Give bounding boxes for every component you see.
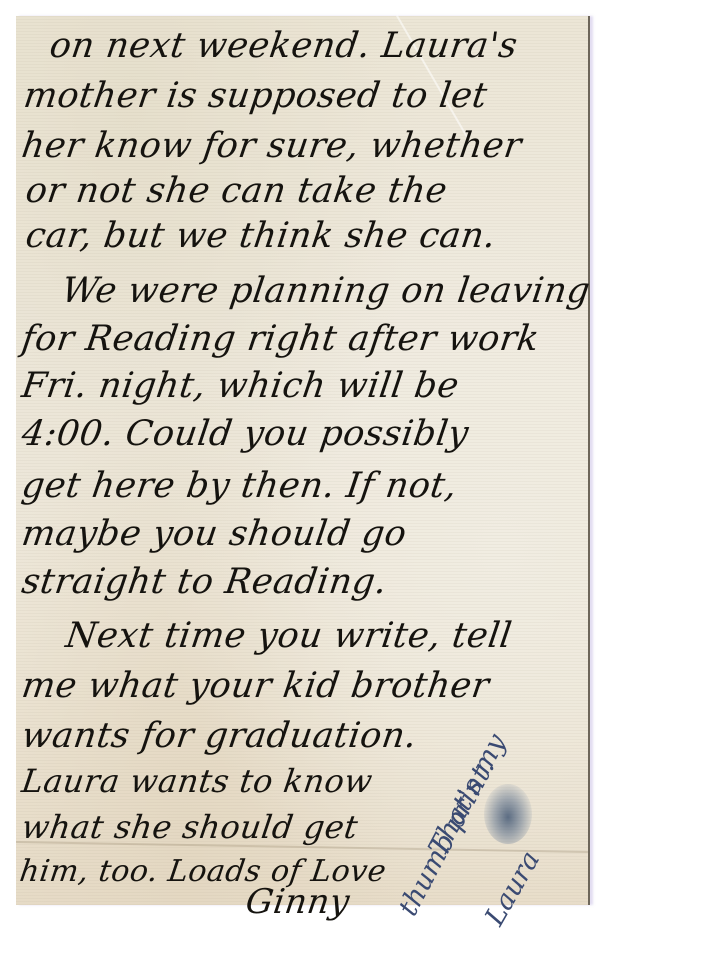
letter-line-1: on next weekend. Laura's xyxy=(47,26,520,66)
signature-ginny: Ginny xyxy=(243,882,352,922)
letter-line-7: for Reading right after work xyxy=(19,319,542,359)
letter-line-16: Laura wants to know xyxy=(19,762,375,800)
letter-line-4: or not she can take the xyxy=(23,171,450,211)
letter-line-10: get here by then. If not, xyxy=(19,466,459,506)
letter-line-11: maybe you should go xyxy=(19,514,409,554)
letter-line-8: Fri. night, which will be xyxy=(19,366,461,406)
letter-line-13: Next time you write, tell xyxy=(63,616,514,656)
letter-line-14: me what your kid brother xyxy=(19,666,492,706)
letter-line-2: mother is supposed to let xyxy=(21,76,490,116)
letter-line-6: We were planning on leaving xyxy=(59,271,593,311)
letter-line-17: what she should get xyxy=(19,808,360,846)
letter-line-15: wants for graduation. xyxy=(19,716,419,756)
letter-page: on next weekend. Laura's mother is suppo… xyxy=(16,16,590,905)
letter-line-12: straight to Reading. xyxy=(19,562,389,602)
thumb-print-smudge xyxy=(484,784,532,844)
letter-line-5: car, but we think she can. xyxy=(23,216,498,256)
letter-line-9: 4:00. Could you possibly xyxy=(19,414,471,454)
letter-line-3: her know for sure, whether xyxy=(19,126,524,166)
